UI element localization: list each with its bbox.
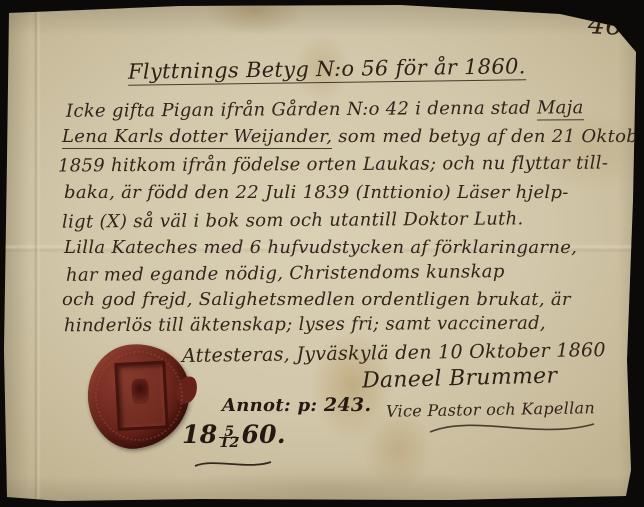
- document-title-text: Flyttnings Betyg N:o 56 för år 1860.: [128, 54, 526, 86]
- document-title: Flyttnings Betyg N:o 56 för år 1860.: [128, 54, 526, 84]
- body-line-2: Lena Karls dotter Weijander, som med bet…: [62, 126, 644, 147]
- page-number: 46: [587, 9, 624, 42]
- intro-continuation: som med betyg af den 21 Oktob.: [332, 126, 644, 147]
- body-line-8: och god frejd, Salighetsmedlen ordentlig…: [62, 289, 571, 310]
- body-line-6: Lilla Kateches med 6 hufvudstycken af fö…: [64, 237, 577, 258]
- body-line-3: 1859 hitkom ifrån födelse orten Laukas; …: [58, 153, 608, 177]
- date-code: 1851260.: [182, 420, 286, 449]
- date-century: 18: [182, 420, 217, 449]
- date-underline-flourish: [193, 458, 273, 472]
- seal-emblem-frame: [114, 360, 168, 431]
- annotation-note: Annot: p: 243.: [222, 394, 371, 416]
- body-line-1: Icke gifta Pigan ifrån Gården N:o 42 i d…: [66, 97, 584, 122]
- body-line-7: har med egande nödig, Christendoms kunsk…: [66, 261, 505, 286]
- date-day-month-fraction: 512: [219, 428, 239, 447]
- person-name-part2: Lena Karls dotter Weijander,: [62, 126, 332, 149]
- signature-flourish: [428, 418, 598, 440]
- body-line-5: ligt (X) så väl i bok som och utantill D…: [62, 208, 524, 232]
- seal-emblem-mark: [131, 378, 148, 404]
- scanned-document-view: 46 Flyttnings Betyg N:o 56 för år 1860. …: [0, 0, 644, 507]
- wax-seal: [83, 339, 195, 453]
- date-year: 60.: [241, 420, 285, 449]
- annotation-page-value: 243.: [324, 394, 371, 416]
- annotation-label: Annot: p:: [222, 395, 317, 416]
- date-month: 12: [219, 437, 239, 448]
- intro-text: Icke gifta Pigan ifrån Gården N:o 42 i d…: [66, 98, 537, 122]
- signature-name: Daneel Brummer: [362, 363, 558, 393]
- document-paper: 46 Flyttnings Betyg N:o 56 för år 1860. …: [0, 0, 644, 507]
- body-line-9: hinderlös till äktenskap; lyses fri; sam…: [64, 313, 546, 337]
- person-name-part1: Maja: [537, 97, 584, 120]
- attestation-line: Attesteras, Jyväskylä den 10 Oktober 186…: [182, 339, 606, 367]
- body-line-4: baka, är född den 22 Juli 1839 (Inttioni…: [64, 182, 569, 203]
